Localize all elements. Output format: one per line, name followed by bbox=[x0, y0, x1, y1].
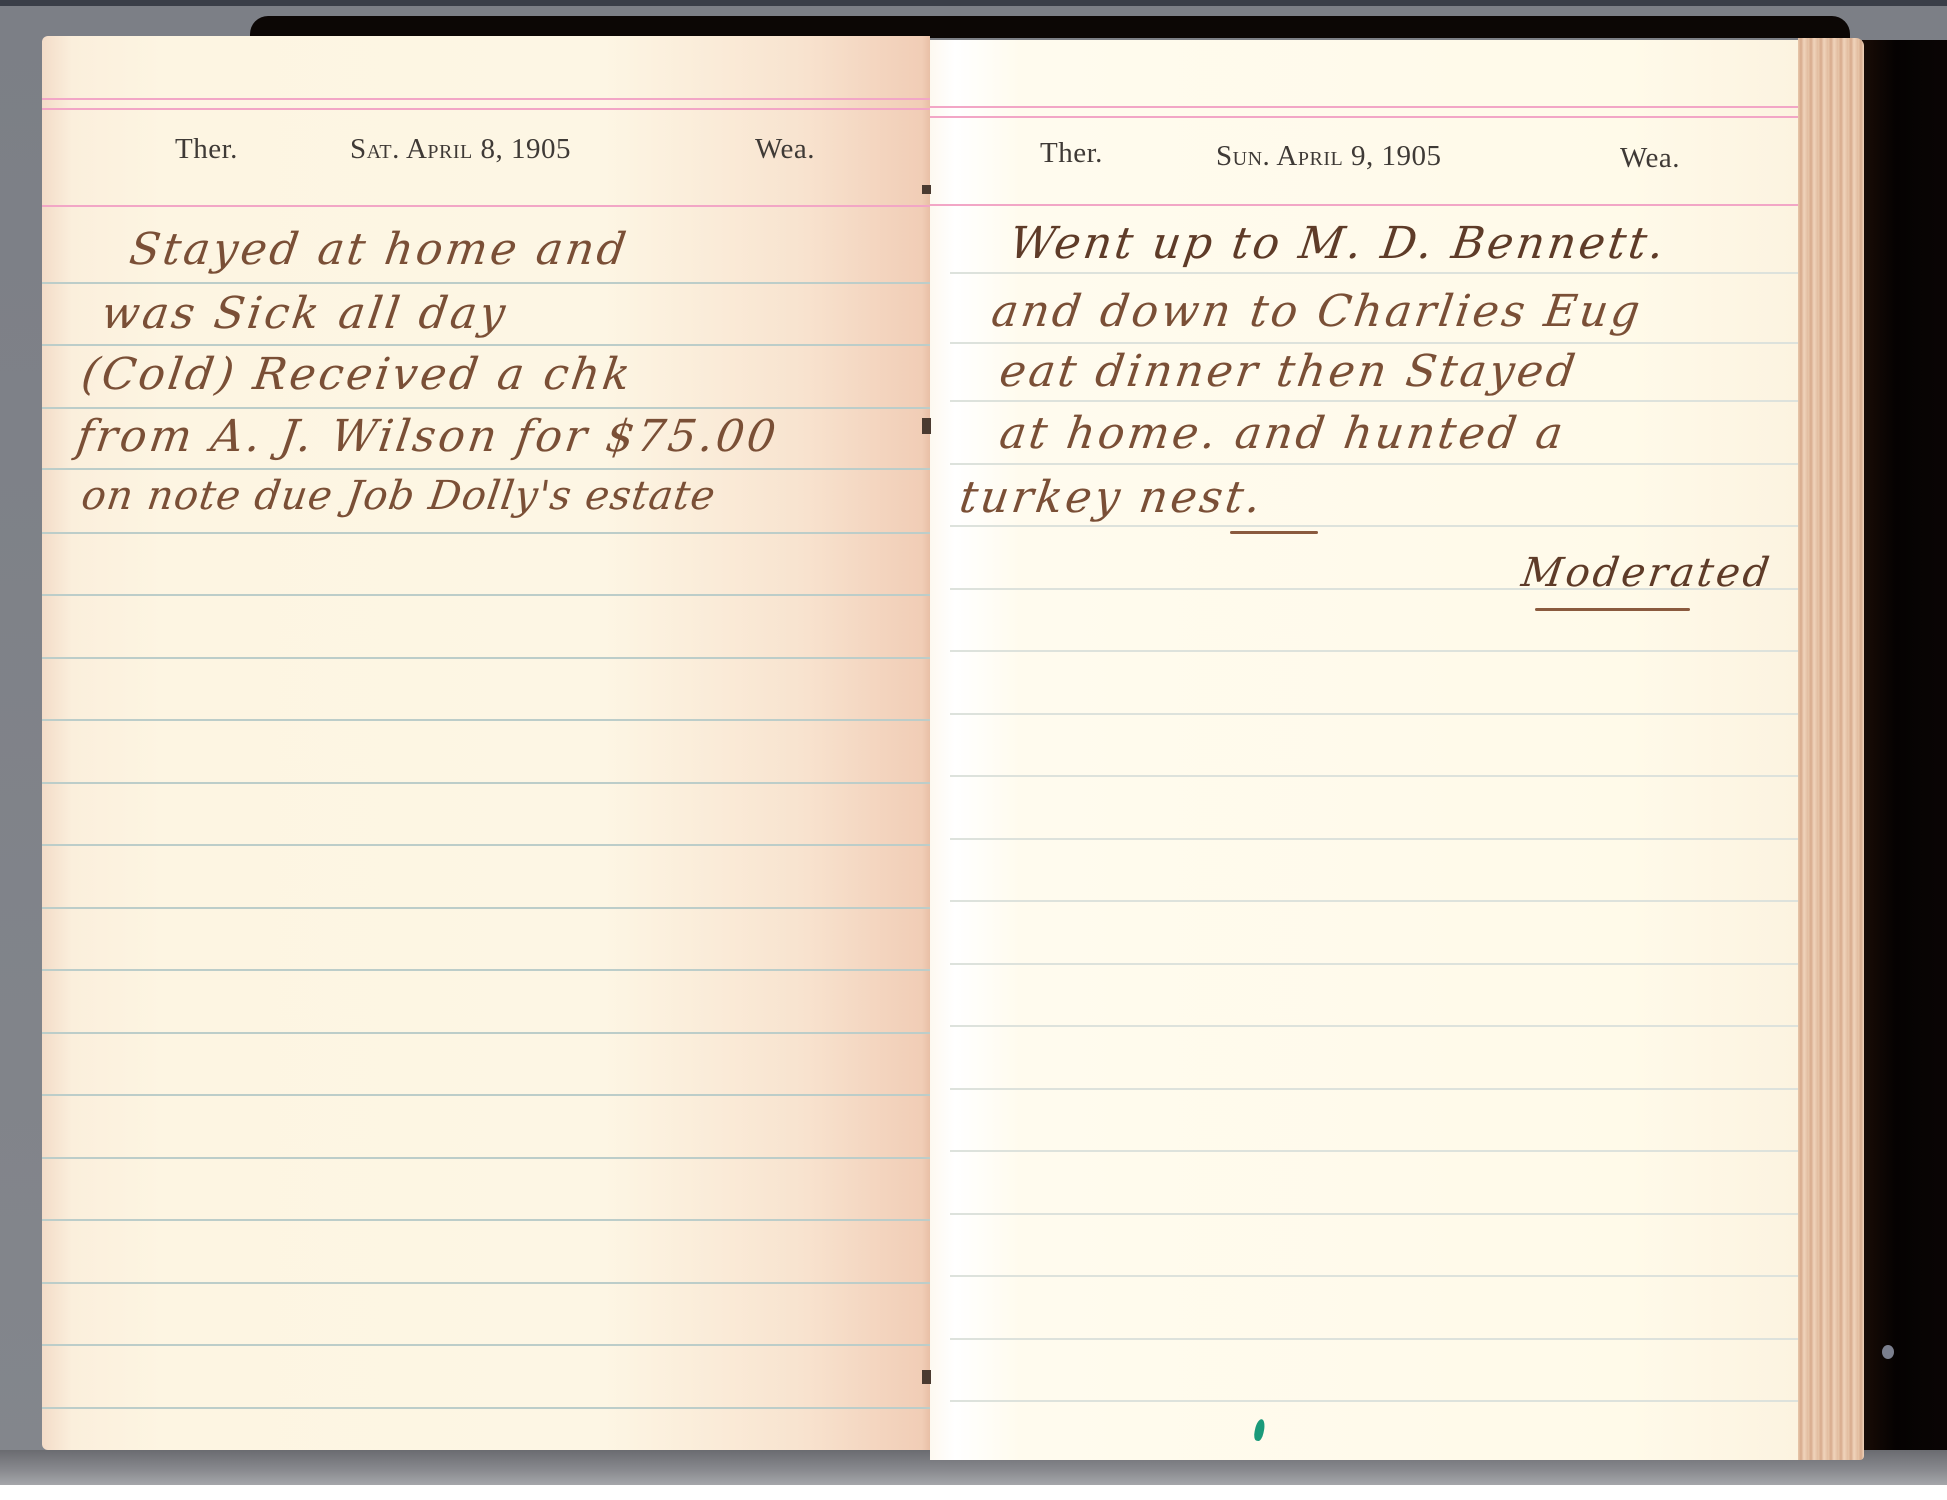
header-rule-top bbox=[930, 106, 1798, 108]
ruled-line bbox=[950, 525, 1798, 527]
header-rule-top-2 bbox=[930, 116, 1798, 118]
ruled-line bbox=[42, 1219, 930, 1221]
ruled-line bbox=[42, 1157, 930, 1159]
page-date: Sun. April 9, 1905 bbox=[1216, 140, 1441, 173]
handwritten-line: was Sick all day bbox=[98, 288, 511, 339]
ruled-line bbox=[950, 1275, 1798, 1277]
ruled-line bbox=[950, 1400, 1798, 1402]
ruled-line bbox=[42, 844, 930, 846]
binding-staple bbox=[922, 185, 931, 194]
ruled-line bbox=[42, 282, 930, 284]
ruled-line bbox=[42, 719, 930, 721]
weather-note: Moderated bbox=[1519, 550, 1775, 596]
ruled-line bbox=[950, 838, 1798, 840]
ther-label: Ther. bbox=[175, 133, 238, 166]
left-page: Ther. Sat. April 8, 1905 Wea. Stayed at … bbox=[42, 36, 930, 1450]
handwritten-line: at home. and hunted a bbox=[996, 408, 1568, 459]
handwritten-line: eat dinner then Stayed bbox=[996, 346, 1581, 397]
handwritten-line: (Cold) Received a chk bbox=[78, 349, 636, 400]
page-stack-edges bbox=[1798, 38, 1864, 1460]
ruled-line bbox=[42, 468, 930, 470]
ruled-line bbox=[42, 532, 930, 534]
ruled-line bbox=[42, 782, 930, 784]
binding-staple bbox=[922, 418, 931, 434]
ruled-line bbox=[950, 1338, 1798, 1340]
ruled-line bbox=[950, 1213, 1798, 1215]
ruled-line bbox=[42, 1407, 930, 1409]
ruled-line bbox=[950, 342, 1798, 344]
ruled-line bbox=[950, 963, 1798, 965]
ruled-line bbox=[950, 1025, 1798, 1027]
ruled-line bbox=[950, 900, 1798, 902]
ruled-line bbox=[42, 1094, 930, 1096]
ruled-line bbox=[950, 650, 1798, 652]
ruled-line bbox=[42, 907, 930, 909]
cover-rivet bbox=[1882, 1345, 1894, 1359]
wea-label: Wea. bbox=[755, 133, 815, 166]
handwritten-line: and down to Charlies Eug bbox=[988, 286, 1645, 337]
ruled-line bbox=[950, 775, 1798, 777]
handwritten-line: on note due Job Dolly's estate bbox=[79, 473, 719, 519]
handwritten-line: turkey nest. bbox=[956, 472, 1266, 523]
header-rule-bottom bbox=[930, 204, 1798, 206]
nest-underline bbox=[1230, 531, 1318, 534]
ruled-line bbox=[950, 463, 1798, 465]
book-cover-top bbox=[250, 16, 1850, 38]
binding-staple bbox=[922, 1370, 931, 1384]
ruled-line bbox=[42, 969, 930, 971]
weather-note-underline bbox=[1535, 608, 1690, 611]
header-rule-top-2 bbox=[42, 108, 930, 110]
ruled-line bbox=[950, 272, 1798, 274]
ruled-line bbox=[950, 713, 1798, 715]
ruled-line bbox=[42, 594, 930, 596]
ruled-line bbox=[950, 1150, 1798, 1152]
ruled-line bbox=[42, 407, 930, 409]
ther-label: Ther. bbox=[1040, 137, 1103, 170]
header-rule-bottom bbox=[42, 205, 930, 207]
page-date: Sat. April 8, 1905 bbox=[350, 133, 571, 166]
header-rule-top bbox=[42, 98, 930, 100]
ruled-line bbox=[42, 1032, 930, 1034]
right-page: Ther. Sun. April 9, 1905 Wea. Went up to… bbox=[930, 40, 1798, 1460]
wea-label: Wea. bbox=[1620, 142, 1680, 175]
ruled-line bbox=[950, 1088, 1798, 1090]
handwritten-line: Stayed at home and bbox=[126, 224, 631, 275]
ruled-line bbox=[950, 400, 1798, 402]
ruled-line bbox=[42, 1282, 930, 1284]
handwritten-line: Went up to M. D. Bennett. bbox=[1006, 218, 1670, 269]
ruled-line bbox=[42, 344, 930, 346]
ruled-line bbox=[42, 657, 930, 659]
ruled-line bbox=[42, 1344, 930, 1346]
book-cover-right bbox=[1862, 40, 1947, 1460]
handwritten-line: from A. J. Wilson for $75.00 bbox=[73, 411, 781, 462]
